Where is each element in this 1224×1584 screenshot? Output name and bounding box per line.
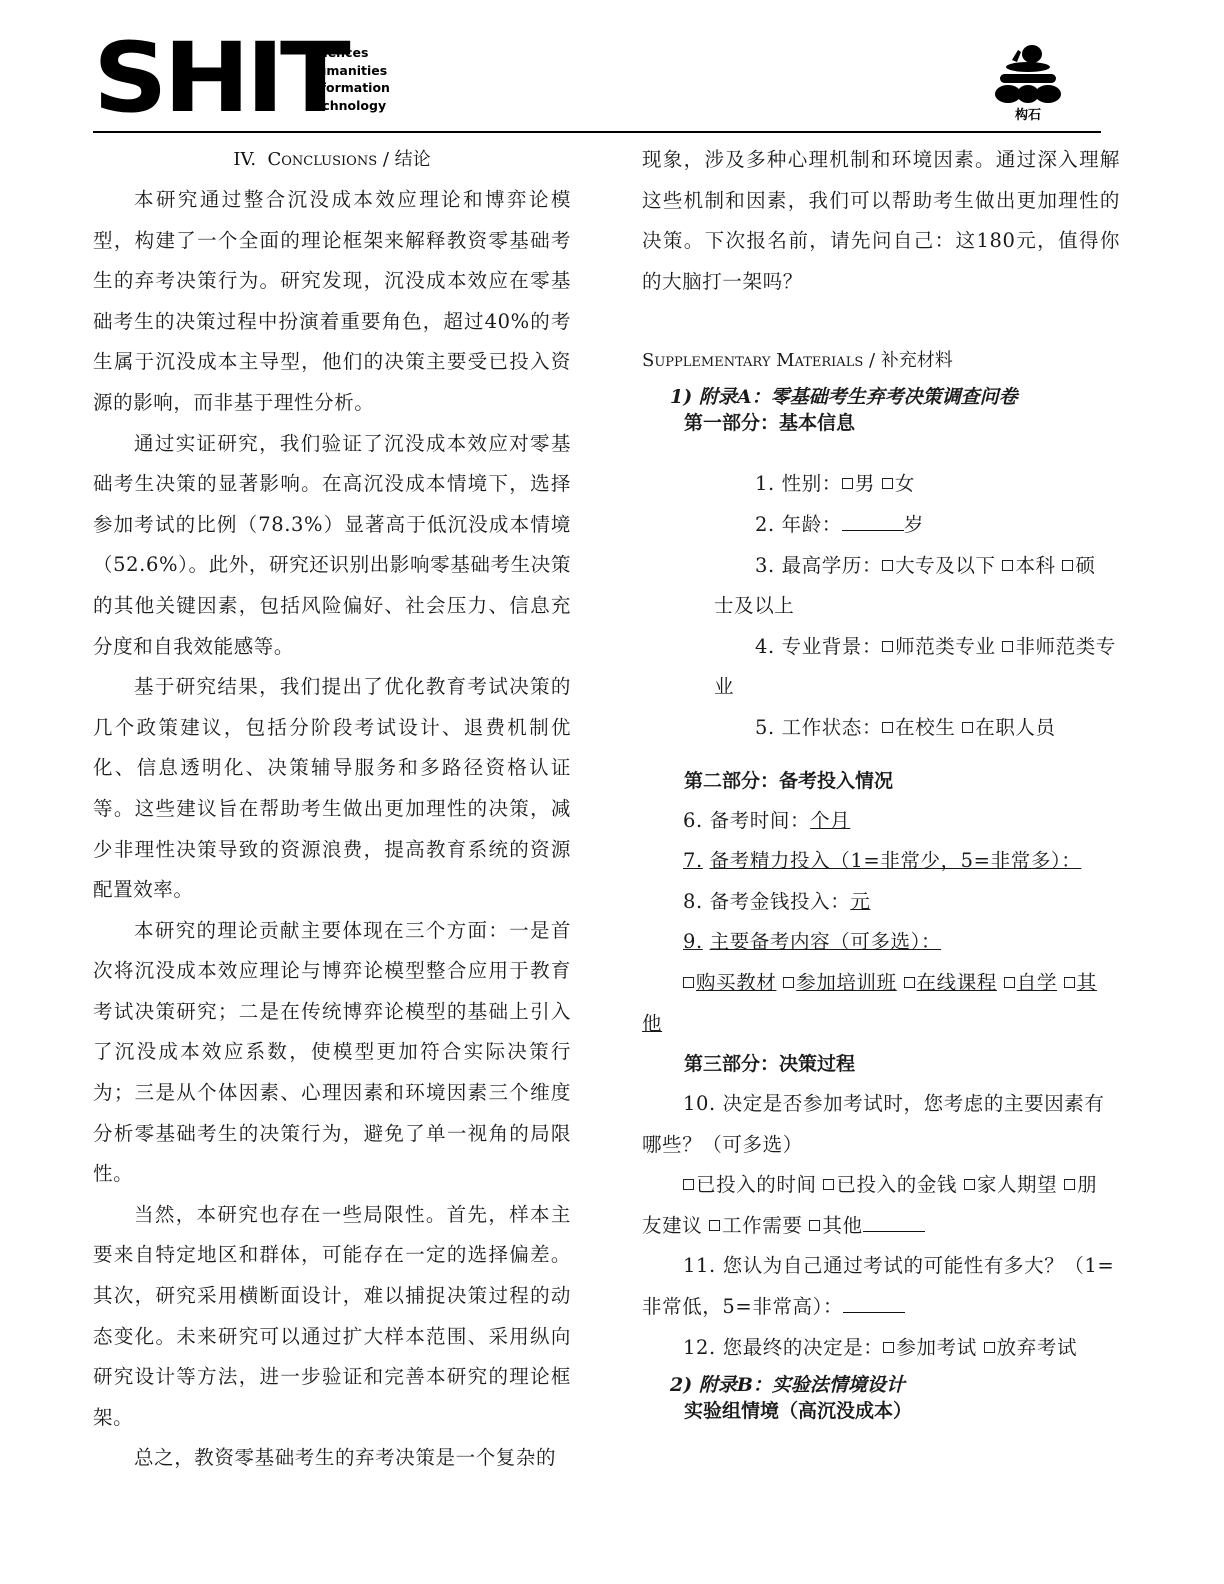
question-label: 6. 备考时间： bbox=[683, 809, 810, 832]
question-pass-likelihood: 11. 您认为自己通过考试的可能性有多大？（1= bbox=[642, 1246, 1120, 1287]
option-label: 男 bbox=[855, 472, 875, 495]
option-label: 大专及以下 bbox=[895, 554, 996, 577]
option-label: 在校生 bbox=[895, 716, 955, 739]
question-label: 1. 性别： bbox=[755, 472, 842, 495]
option-label: 已投入的金钱 bbox=[836, 1173, 957, 1196]
money-field[interactable]: 元 bbox=[850, 890, 870, 913]
option-selfstudy[interactable]: 自学 bbox=[1004, 971, 1057, 994]
paragraph: 基于研究结果，我们提出了优化教育考试决策的几个政策建议，包括分阶段考试设计、退费… bbox=[93, 667, 571, 911]
supplementary-heading: Supplementary Materials / 补充材料 bbox=[642, 348, 1120, 374]
checkbox[interactable] bbox=[882, 478, 893, 489]
option-label: 参加考试 bbox=[896, 1336, 976, 1359]
checkbox[interactable] bbox=[883, 1342, 894, 1353]
paragraph: 通过实证研究，我们验证了沉没成本效应对零基础考生决策的显著影响。在高沉没成本情境… bbox=[93, 424, 571, 668]
question-education: 3. 最高学历：大专及以下 本科 硕 bbox=[642, 546, 1120, 587]
question-prep-content: 9. 主要备考内容（可多选）： bbox=[642, 922, 1120, 963]
checkbox[interactable] bbox=[964, 1179, 975, 1190]
option-label: 友建议 bbox=[642, 1214, 702, 1237]
header-divider bbox=[93, 131, 1101, 133]
paragraph: 当然，本研究也存在一些局限性。首先，样本主要来自特定地区和群体，可能存在一定的选… bbox=[93, 1195, 571, 1439]
checkbox[interactable] bbox=[709, 1220, 720, 1231]
question-prep-money: 8. 备考金钱投入：元 bbox=[642, 882, 1120, 923]
checkbox[interactable] bbox=[1064, 1179, 1075, 1190]
checkbox[interactable] bbox=[984, 1342, 995, 1353]
logo-word: Sciences bbox=[307, 44, 390, 62]
checkbox[interactable] bbox=[823, 1179, 834, 1190]
other-blank-field[interactable] bbox=[863, 1209, 925, 1232]
part2-title: 第二部分：备考投入情况 bbox=[684, 761, 1120, 801]
unit-label: 岁 bbox=[904, 513, 924, 536]
logo-word: Technology bbox=[307, 97, 390, 115]
option-online[interactable]: 在线课程 bbox=[904, 971, 997, 994]
appendix-b-title: 2) 附录B：实验法情境设计 bbox=[670, 1372, 1120, 1398]
option-label: 家人期望 bbox=[977, 1173, 1057, 1196]
question-major-wrap: 业 bbox=[642, 667, 1120, 708]
section-title: Conclusions bbox=[268, 149, 378, 170]
appendix-b-subtitle: 实验组情境（高沉没成本） bbox=[684, 1398, 1120, 1424]
option-label: 在职人员 bbox=[975, 716, 1055, 739]
option-label: 师范类专业 bbox=[895, 635, 996, 658]
question-pass-likelihood-wrap: 非常低，5=非常高）： bbox=[642, 1287, 1120, 1328]
option-training[interactable]: 参加培训班 bbox=[783, 971, 897, 994]
section-heading: IV. Conclusions / 结论 bbox=[93, 140, 571, 180]
appendix-a-title: 1) 附录A：零基础考生弃考决策调查问卷 bbox=[670, 384, 1120, 410]
question-label: 4. 专业背景： bbox=[755, 635, 882, 658]
factor-options-wrap: 友建议 工作需要 其他 bbox=[642, 1206, 1120, 1247]
prep-content-options-wrap: 他 bbox=[642, 1004, 1120, 1045]
gou-shi-logo: 构石 bbox=[990, 42, 1066, 124]
option-label: 本科 bbox=[1015, 554, 1055, 577]
paragraph: 本研究的理论贡献主要体现在三个方面：一是首次将沉没成本效应理论与博弈论模型整合应… bbox=[93, 911, 571, 1195]
question-prep-effort: 7. 备考精力投入（1=非常少，5=非常多）： bbox=[642, 841, 1120, 882]
likelihood-blank-field[interactable] bbox=[843, 1290, 905, 1313]
option-label: 女 bbox=[895, 472, 915, 495]
supp-title: Supplementary Materials bbox=[642, 350, 863, 371]
question-label: 5. 工作状态： bbox=[755, 716, 882, 739]
question-label: 非常低，5=非常高）： bbox=[642, 1295, 843, 1318]
question-label[interactable]: 备考精力投入（1=非常少，5=非常多）： bbox=[710, 849, 1082, 872]
checkbox[interactable] bbox=[882, 722, 893, 733]
prep-content-options: 购买教材 参加培训班 在线课程 自学 其 bbox=[642, 963, 1120, 1004]
section-title-cn: / 结论 bbox=[383, 149, 431, 170]
question-education-wrap: 士及以上 bbox=[642, 586, 1120, 627]
left-column: IV. Conclusions / 结论 本研究通过整合沉没成本效应理论和博弈论… bbox=[93, 140, 571, 1479]
question-major: 4. 专业背景：师范类专业 非师范类专 bbox=[642, 627, 1120, 668]
question-prep-time: 6. 备考时间：个月 bbox=[642, 801, 1120, 842]
option-label: 其他 bbox=[822, 1214, 862, 1237]
section-number: IV. bbox=[233, 149, 256, 170]
right-column: 现象，涉及多种心理机制和环境因素。通过深入理解这些机制和因素，我们可以帮助考生做… bbox=[642, 140, 1120, 1424]
paragraph: 总之，教资零基础考生的弃考决策是一个复杂的 bbox=[93, 1438, 571, 1479]
option-textbook[interactable]: 购买教材 bbox=[683, 971, 776, 994]
checkbox[interactable] bbox=[962, 722, 973, 733]
logo-subtitle: Sciences Humanities Information Technolo… bbox=[307, 44, 390, 114]
checkbox[interactable] bbox=[809, 1220, 820, 1231]
question-final-decision: 12. 您最终的决定是：参加考试 放弃考试 bbox=[642, 1328, 1120, 1369]
logo-word: Humanities bbox=[307, 62, 390, 80]
option-label: 硕 bbox=[1075, 554, 1095, 577]
checkbox[interactable] bbox=[882, 560, 893, 571]
checkbox[interactable] bbox=[842, 478, 853, 489]
logo-label: 构石 bbox=[990, 104, 1066, 123]
question-number: 7. bbox=[683, 849, 703, 872]
option-other-wrap[interactable]: 他 bbox=[642, 1012, 662, 1035]
option-label: 放弃考试 bbox=[997, 1336, 1077, 1359]
question-work-status: 5. 工作状态：在校生 在职人员 bbox=[642, 708, 1120, 749]
age-blank-field[interactable] bbox=[842, 508, 904, 531]
question-gender: 1. 性别：男 女 bbox=[642, 464, 1120, 505]
question-label[interactable]: 主要备考内容（可多选）： bbox=[710, 930, 941, 953]
question-label: 8. 备考金钱投入： bbox=[683, 890, 850, 913]
question-age: 2. 年龄：岁 bbox=[642, 505, 1120, 546]
option-label: 朋 bbox=[1077, 1173, 1097, 1196]
paragraph-continuation: 现象，涉及多种心理机制和环境因素。通过深入理解这些机制和因素，我们可以帮助考生做… bbox=[642, 140, 1120, 302]
checkbox[interactable] bbox=[683, 1179, 694, 1190]
logo-word: Information bbox=[307, 79, 390, 97]
question-number: 9. bbox=[683, 930, 703, 953]
stone-pile-logo-icon bbox=[990, 42, 1066, 104]
part3-title: 第三部分：决策过程 bbox=[684, 1044, 1120, 1084]
checkbox[interactable] bbox=[1002, 560, 1013, 571]
paragraph: 本研究通过整合沉没成本效应理论和博弈论模型，构建了一个全面的理论框架来解释教资零… bbox=[93, 180, 571, 424]
option-label: 工作需要 bbox=[722, 1214, 802, 1237]
supp-title-cn: / 补充材料 bbox=[869, 350, 953, 371]
checkbox[interactable] bbox=[1062, 560, 1073, 571]
month-field[interactable]: 个月 bbox=[810, 809, 850, 832]
option-label: 非师范类专 bbox=[1015, 635, 1116, 658]
checkbox[interactable] bbox=[1002, 641, 1013, 652]
part1-title: 第一部分：基本信息 bbox=[684, 410, 1120, 436]
question-label: 3. 最高学历： bbox=[755, 554, 882, 577]
option-other[interactable]: 其 bbox=[1064, 971, 1097, 994]
question-factors-wrap: 哪些？（可多选） bbox=[642, 1125, 1120, 1166]
checkbox[interactable] bbox=[882, 641, 893, 652]
question-label: 2. 年龄： bbox=[755, 513, 842, 536]
option-label: 已投入的时间 bbox=[696, 1173, 817, 1196]
question-label: 12. 您最终的决定是： bbox=[683, 1336, 883, 1359]
question-factors: 10. 决定是否参加考试时，您考虑的主要因素有 bbox=[642, 1084, 1120, 1125]
factor-options: 已投入的时间 已投入的金钱 家人期望 朋 bbox=[642, 1165, 1120, 1206]
page-header: SHIT Sciences Humanities Information Tec… bbox=[0, 0, 1224, 134]
